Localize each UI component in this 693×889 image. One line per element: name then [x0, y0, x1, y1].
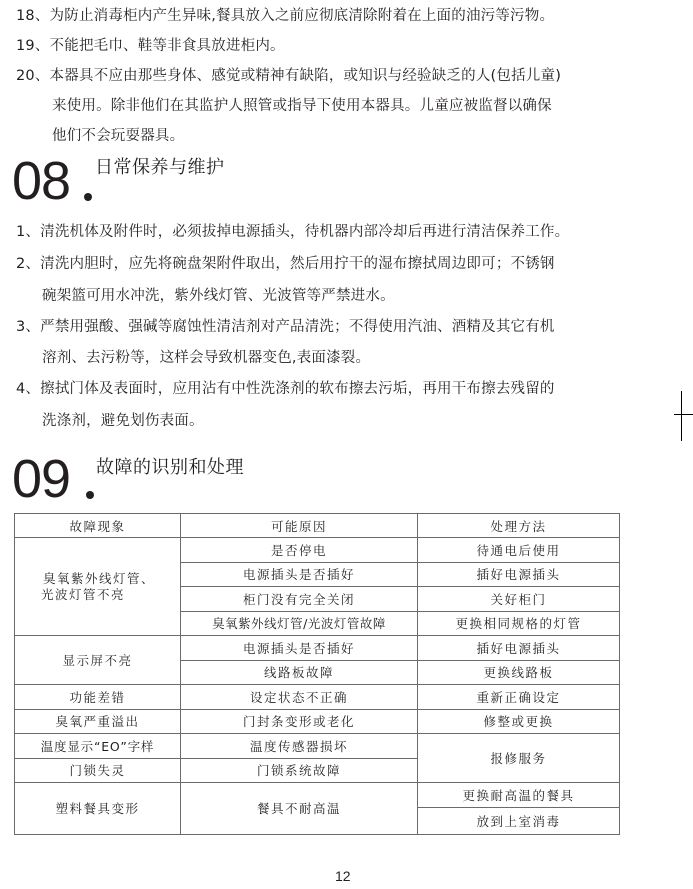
- section-08-dot: [84, 193, 92, 201]
- symptom-cell: 温度显示“EO”字样: [15, 734, 181, 759]
- solution-cell: 插好电源插头: [418, 636, 620, 661]
- symptom-cell: 臭氧严重溢出: [15, 709, 181, 734]
- crop-mark-horizontal: [674, 414, 693, 415]
- symptom-cell: 塑料餐具变形: [15, 783, 181, 835]
- maintenance-item-2: 2、清洗内胆时，应先将碗盘架附件取出，然后用拧干的湿布擦拭周边即可；不锈钢: [16, 254, 555, 274]
- solution-cell: 放到上室消毒: [418, 807, 620, 834]
- item-20-cont-2: 他们不会玩耍器具。: [52, 126, 184, 146]
- item-19: 19、不能把毛巾、鞋等非食具放进柜内。: [16, 36, 285, 56]
- item-18: 18、为防止消毒柜内产生异味,餐具放入之前应彻底清除附着在上面的油污等污物。: [16, 6, 554, 26]
- solution-cell: 更换线路板: [418, 660, 620, 685]
- table-row: 臭氧严重溢出 门封条变形或老化 修整或更换: [15, 709, 620, 734]
- section-09-dot: [86, 491, 94, 499]
- table-row: 显示屏不亮 电源插头是否插好 插好电源插头: [15, 636, 620, 661]
- cause-cell: 电源插头是否插好: [181, 636, 418, 661]
- symptom-cell: 显示屏不亮: [15, 636, 181, 685]
- maintenance-item-3-cont: 溶剂、去污粉等，这样会导致机器变色,表面漆裂。: [42, 348, 370, 368]
- symptom-cell: 功能差错: [15, 685, 181, 710]
- maintenance-item-4-cont: 洗涤剂，避免划伤表面。: [42, 411, 204, 431]
- header-cause: 可能原因: [181, 514, 418, 538]
- maintenance-item-1: 1、清洗机体及附件时，必须拔掉电源插头，待机器内部冷却后再进行清洁保养工作。: [16, 222, 569, 242]
- symptom-line-1: 臭氧紫外线灯管、: [43, 571, 155, 586]
- section-09-title: 故障的识别和处理: [96, 457, 244, 479]
- table-row: 臭氧紫外线灯管、 光波灯管不亮 是否停电 待通电后使用: [15, 538, 620, 563]
- header-symptom: 故障现象: [15, 514, 181, 538]
- cause-cell: 是否停电: [181, 538, 418, 563]
- item-20: 20、本器具不应由那些身体、感觉或精神有缺陷，或知识与经验缺乏的人(包括儿童): [16, 66, 561, 86]
- table-row: 功能差错 设定状态不正确 重新正确设定: [15, 685, 620, 710]
- item-20-cont-1: 来使用。除非他们在其监护人照管或指导下使用本器具。儿童应被监督以确保: [52, 96, 552, 116]
- page-number: 12: [335, 868, 351, 884]
- symptom-cell: 门锁失灵: [15, 758, 181, 783]
- solution-cell: 插好电源插头: [418, 562, 620, 587]
- cause-cell: 温度传感器损坏: [181, 734, 418, 759]
- solution-cell: 更换相同规格的灯管: [418, 611, 620, 636]
- solution-cell-shared: 报修服务: [418, 734, 620, 783]
- solution-cell: 待通电后使用: [418, 538, 620, 563]
- maintenance-item-4: 4、擦拭门体及表面时，应用沾有中性洗涤剂的软布擦去污垢，再用干布擦去残留的: [16, 379, 555, 399]
- crop-mark-vertical: [681, 391, 682, 441]
- symptom-cell: 臭氧紫外线灯管、 光波灯管不亮: [15, 538, 181, 636]
- solution-cell: 重新正确设定: [418, 685, 620, 710]
- table-row: 温度显示“EO”字样 温度传感器损坏 报修服务: [15, 734, 620, 759]
- section-09-number: 09: [12, 452, 70, 506]
- solution-cell: 修整或更换: [418, 709, 620, 734]
- cause-cell: 柜门没有完全关闭: [181, 587, 418, 612]
- section-08-title: 日常保养与维护: [95, 157, 225, 179]
- section-08-number: 08: [12, 154, 70, 208]
- cause-cell: 门锁系统故障: [181, 758, 418, 783]
- symptom-line-2: 光波灯管不亮: [41, 587, 125, 602]
- table-row: 塑料餐具变形 餐具不耐高温 更换耐高温的餐具: [15, 783, 620, 808]
- header-solution: 处理方法: [418, 514, 620, 538]
- cause-cell: 餐具不耐高温: [181, 783, 418, 835]
- cause-cell: 电源插头是否插好: [181, 562, 418, 587]
- solution-cell: 更换耐高温的餐具: [418, 783, 620, 808]
- cause-cell: 门封条变形或老化: [181, 709, 418, 734]
- maintenance-item-3: 3、严禁用强酸、强碱等腐蚀性清洁剂对产品清洗；不得使用汽油、酒精及其它有机: [16, 317, 555, 337]
- table-header-row: 故障现象 可能原因 处理方法: [15, 514, 620, 538]
- solution-cell: 关好柜门: [418, 587, 620, 612]
- cause-cell: 设定状态不正确: [181, 685, 418, 710]
- troubleshooting-table: 故障现象 可能原因 处理方法 臭氧紫外线灯管、 光波灯管不亮 是否停电 待通电后…: [14, 513, 620, 835]
- cause-cell: 臭氧紫外线灯管/光波灯管故障: [181, 611, 418, 636]
- maintenance-item-2-cont: 碗架篮可用水冲洗，紫外线灯管、光波管等严禁进水。: [42, 286, 395, 306]
- cause-cell: 线路板故障: [181, 660, 418, 685]
